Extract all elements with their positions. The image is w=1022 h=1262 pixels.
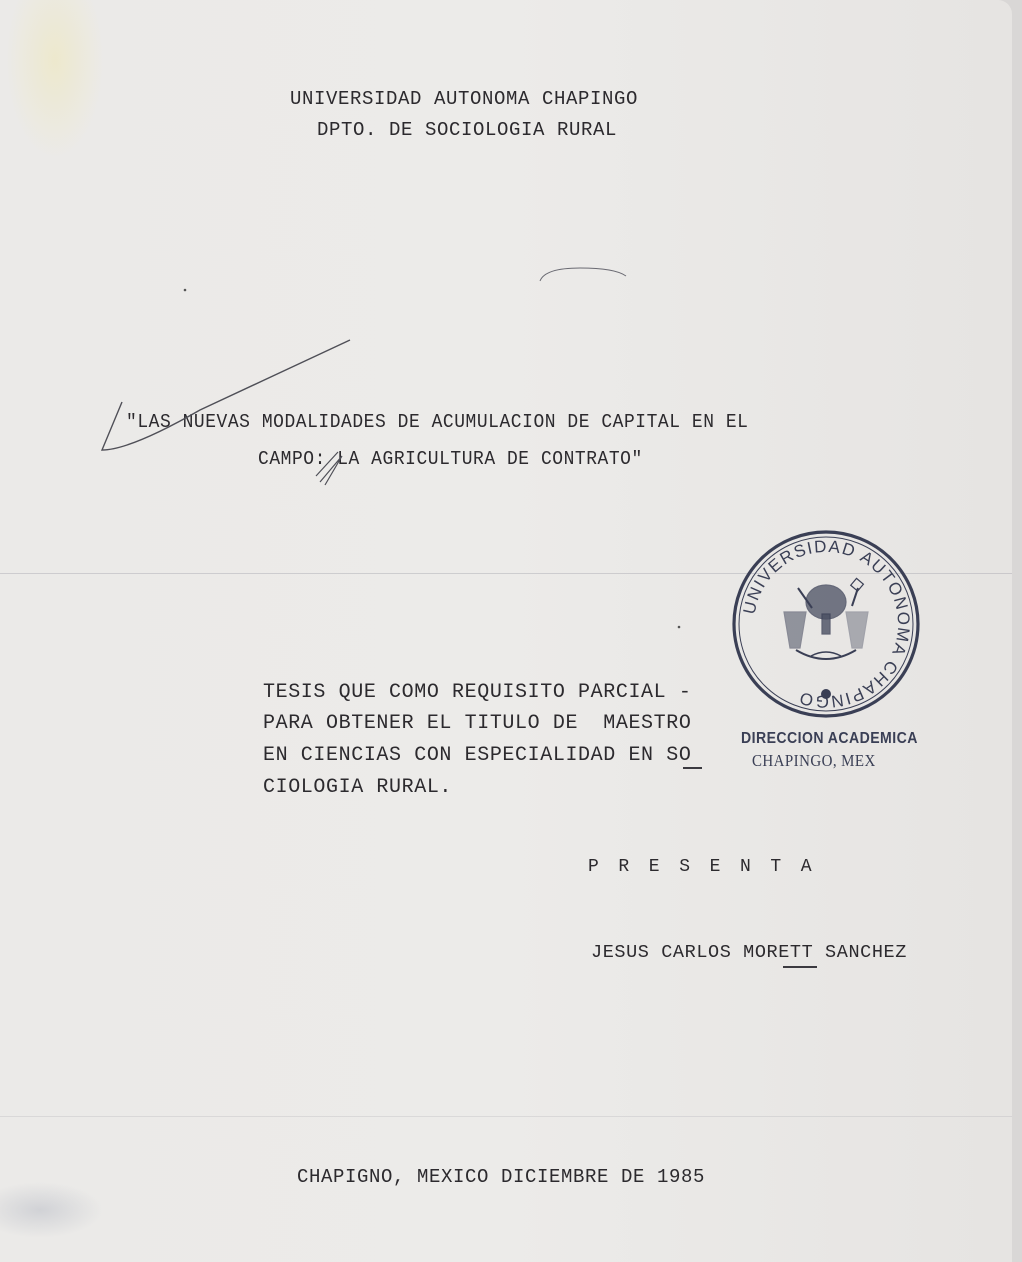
thesis-statement-line-3: EN CIENCIAS CON ESPECIALIDAD EN SO (263, 744, 691, 767)
hyphen-underline-mark (683, 767, 702, 769)
seal-emblem-icon: UNIVERSIDAD AUTONOMA CHAPINGO (726, 528, 926, 718)
thesis-statement-line-4: CIOLOGIA RURAL. (263, 776, 452, 799)
stamp-label-line-2: CHAPINGO, MEX (752, 751, 876, 771)
stamp-label-line-1: DIRECCION ACADEMICA (741, 730, 918, 748)
thesis-title-line-1: "LAS NUEVAS MODALIDADES DE ACUMULACION D… (126, 411, 748, 433)
university-seal-stamp: UNIVERSIDAD AUTONOMA CHAPINGO (726, 528, 926, 718)
author-name: JESUS CARLOS MORETT SANCHEZ (591, 942, 907, 963)
thesis-statement-line-1: TESIS QUE COMO REQUISITO PARCIAL - (263, 681, 691, 704)
presenta-label: PRESENTA (588, 857, 831, 877)
place-and-date: CHAPIGNO, MEXICO DICIEMBRE DE 1985 (297, 1166, 705, 1188)
document-page: UNIVERSIDAD AUTONOMA CHAPINGO DPTO. DE S… (0, 0, 1012, 1262)
thesis-title-line-2: CAMPO: LA AGRICULTURA DE CONTRATO" (258, 448, 643, 470)
author-underline-mark (783, 966, 817, 968)
paper-fold-line (0, 1116, 1012, 1117)
thesis-statement-line-2: PARA OBTENER EL TITULO DE MAESTRO (263, 712, 691, 735)
university-name: UNIVERSIDAD AUTONOMA CHAPINGO (290, 88, 638, 110)
department-name: DPTO. DE SOCIOLOGIA RURAL (317, 119, 617, 141)
